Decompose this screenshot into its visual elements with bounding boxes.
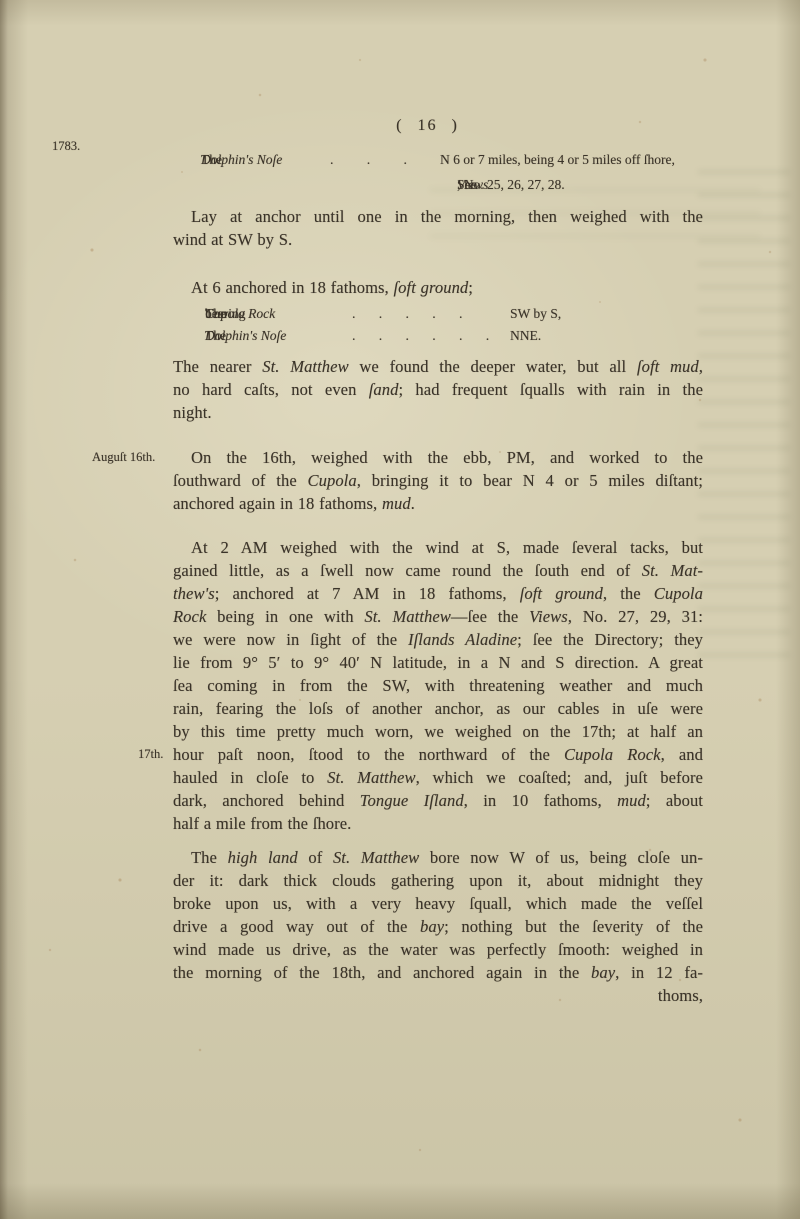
sighting-row-dolphins-nose: The Dolphin's Noſe . . . N 6 or 7 miles,…	[0, 152, 800, 200]
bearing-row-dolphins-nose: The Dolphin's Noſe . . . . . . NNE.	[0, 328, 800, 351]
text-line: hauled in cloſe to St. Matthew, which we…	[173, 766, 703, 789]
dot-leaders: . . . . .	[352, 306, 462, 322]
text-line: The high land of St. Matthew bore now W …	[173, 846, 703, 869]
bearing-value: SW by S,	[510, 306, 561, 322]
text-line: der it: dark thick clouds gathering upon…	[173, 869, 703, 892]
text-line: broke upon us, with a very heavy ſquall,…	[173, 892, 703, 915]
text-line: The nearer St. Matthew we found the deep…	[173, 355, 703, 378]
text-line: At 2 AM weighed with the wind at S, made…	[173, 536, 703, 559]
margin-note-17th: 17th.	[138, 747, 163, 762]
text-line: At 6 anchored in 18 fathoms, ſoft ground…	[173, 276, 703, 299]
text-line: dark, anchored behind Tongue Iſland, in …	[173, 789, 703, 812]
sighting-bearing-value: N 6 or 7 miles, being 4 or 5 miles off ſ…	[440, 152, 675, 168]
text-line: wind at SW by S.	[173, 228, 703, 251]
text-line: anchored again in 18 fathoms, mud.	[173, 492, 703, 515]
text-line: by this time pretty much worn, we weighe…	[173, 720, 703, 743]
paragraph-p4: On the 16th, weighed with the ebb, PM, a…	[173, 446, 703, 515]
margin-note-august-16th: Auguſt 16th.	[92, 450, 155, 465]
text-line: half a mile from the ſhore.	[173, 812, 703, 835]
text-line: wind made us drive, as the water was per…	[173, 938, 703, 961]
paragraph-p3: The nearer St. Matthew we found the deep…	[173, 355, 703, 424]
text-line: night.	[173, 401, 703, 424]
paragraph-p6: hour paſt noon, ſtood to the northward o…	[173, 743, 703, 835]
dot-leaders: . . . . . .	[352, 328, 489, 344]
bearing-row-cupola-rock: The Cupola Rock bearing . . . . . SW by …	[0, 306, 800, 329]
text-line: Lay at anchor until one in the morning, …	[173, 205, 703, 228]
text-line: no hard caſts, not even ſand; had freque…	[173, 378, 703, 401]
paragraph-p7: The high land of St. Matthew bore now W …	[173, 846, 703, 1007]
page-number: ( 16 )	[340, 117, 515, 135]
text-line: thoms,	[173, 984, 703, 1007]
text-line: On the 16th, weighed with the ebb, PM, a…	[173, 446, 703, 469]
text-line: ſouthward of the Cupola, bringing it to …	[173, 469, 703, 492]
text-line: the morning of the 18th, and anchored ag…	[173, 961, 703, 984]
paragraph-p5: At 2 AM weighed with the wind at S, made…	[173, 536, 703, 743]
book-page: ( 16 ) 1783. Auguſt 16th. 17th. The Dolp…	[0, 0, 800, 1219]
text-line: drive a good way out of the bay; nothing…	[173, 915, 703, 938]
text-line: ſea coming in from the SW, with threaten…	[173, 674, 703, 697]
text-line: thew's; anchored at 7 AM in 18 fathoms, …	[173, 582, 703, 605]
text-line: gained little, as a ſwell now came round…	[173, 559, 703, 582]
paragraph-p2: At 6 anchored in 18 fathoms, ſoft ground…	[173, 276, 703, 299]
text-line: hour paſt noon, ſtood to the northward o…	[173, 743, 703, 766]
verso-show-through	[698, 170, 790, 670]
text-line: rain, fearing the loſs of another anchor…	[173, 697, 703, 720]
text-line: lie from 9° 5′ to 9° 40′ N latitude, in …	[173, 651, 703, 674]
text-line: Rock being in one with St. Matthew—ſee t…	[173, 605, 703, 628]
text-line: we were now in ſight of the Iſlands Alad…	[173, 628, 703, 651]
dot-leaders: . . .	[330, 152, 407, 168]
bearing-value: NNE.	[510, 328, 541, 344]
paragraph-p1: Lay at anchor until one in the morning, …	[173, 205, 703, 251]
